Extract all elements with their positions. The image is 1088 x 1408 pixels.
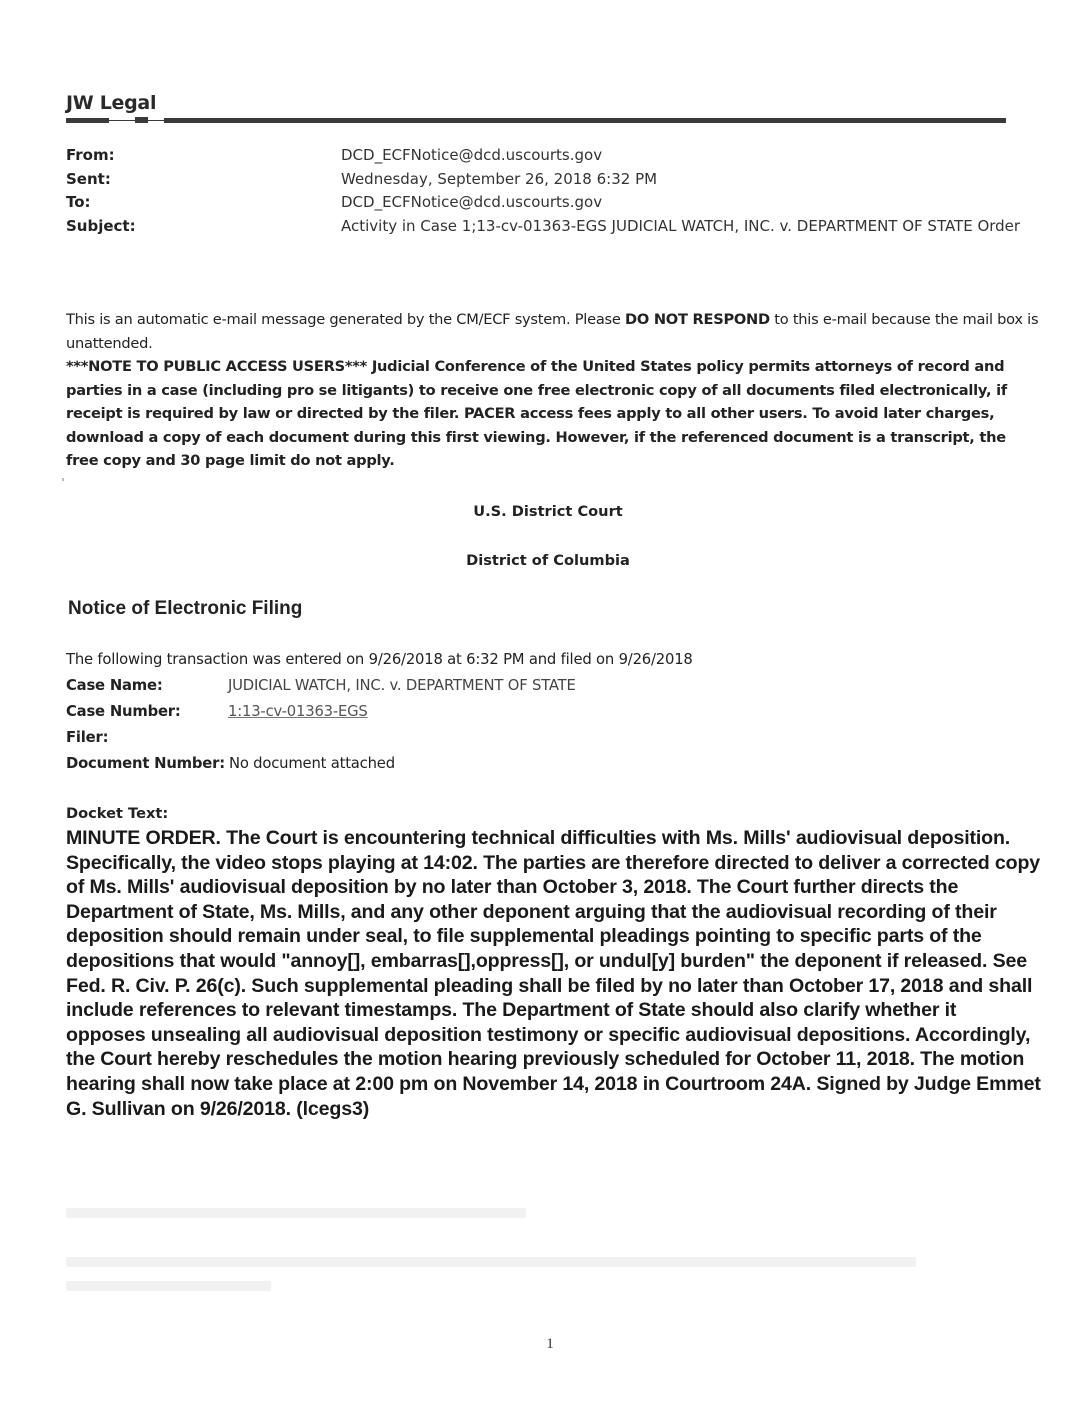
subject-value: Activity in Case 1;13-cv-01363-EGS JUDIC… [341, 215, 1046, 239]
document-number-row: Document Number: No document attached [66, 751, 966, 777]
email-sent-row: Sent: Wednesday, September 26, 2018 6:32… [66, 168, 1046, 192]
automatic-notice: This is an automatic e-mail message gene… [66, 308, 1041, 473]
to-value: DCD_ECFNotice@dcd.uscourts.gov [341, 191, 1046, 215]
email-header: From: DCD_ECFNotice@dcd.uscourts.gov Sen… [66, 144, 1046, 238]
faded-illegible-line [66, 1257, 916, 1267]
from-value: DCD_ECFNotice@dcd.uscourts.gov [341, 144, 1046, 168]
case-number-label: Case Number: [66, 699, 228, 725]
header-rule [66, 118, 1006, 124]
faded-illegible-line [66, 1281, 271, 1291]
subject-label: Subject: [66, 215, 341, 239]
transaction-summary: The following transaction was entered on… [66, 647, 966, 673]
sent-label: Sent: [66, 168, 341, 192]
from-label: From: [66, 144, 341, 168]
auto-message: This is an automatic e-mail message gene… [66, 308, 1041, 355]
filer-label: Filer: [66, 725, 228, 751]
case-number-row: Case Number: 1:13-cv-01363-EGS [66, 699, 966, 725]
document-page: JW Legal From: DCD_ECFNotice@dcd.uscourt… [0, 0, 1088, 1408]
email-from-row: From: DCD_ECFNotice@dcd.uscourts.gov [66, 144, 1046, 168]
page-number: 1 [0, 1336, 1088, 1353]
transaction-details: The following transaction was entered on… [66, 647, 966, 777]
document-number-value: No document attached [229, 751, 395, 777]
sent-value: Wednesday, September 26, 2018 6:32 PM [341, 168, 1046, 192]
docket-text-label: Docket Text: [66, 805, 168, 822]
email-to-row: To: DCD_ECFNotice@dcd.uscourts.gov [66, 191, 1046, 215]
public-access-note: ***NOTE TO PUBLIC ACCESS USERS*** Judici… [66, 355, 1041, 473]
to-label: To: [66, 191, 341, 215]
court-name: U.S. District Court [0, 503, 1088, 520]
brand-header: JW Legal [66, 92, 156, 114]
case-name-label: Case Name: [66, 673, 228, 699]
court-district: District of Columbia [0, 552, 1088, 569]
filing-title: Notice of Electronic Filing [68, 598, 302, 620]
document-number-label: Document Number: [66, 751, 225, 777]
case-name-row: Case Name: JUDICIAL WATCH, INC. v. DEPAR… [66, 673, 966, 699]
filer-row: Filer: [66, 725, 966, 751]
case-number-link[interactable]: 1:13-cv-01363-EGS [228, 699, 368, 725]
docket-text-body: MINUTE ORDER. The Court is encountering … [66, 826, 1041, 1121]
scan-speck [62, 478, 64, 481]
email-subject-row: Subject: Activity in Case 1;13-cv-01363-… [66, 215, 1046, 239]
faded-illegible-line [66, 1208, 526, 1218]
case-name-value: JUDICIAL WATCH, INC. v. DEPARTMENT OF ST… [228, 673, 576, 699]
